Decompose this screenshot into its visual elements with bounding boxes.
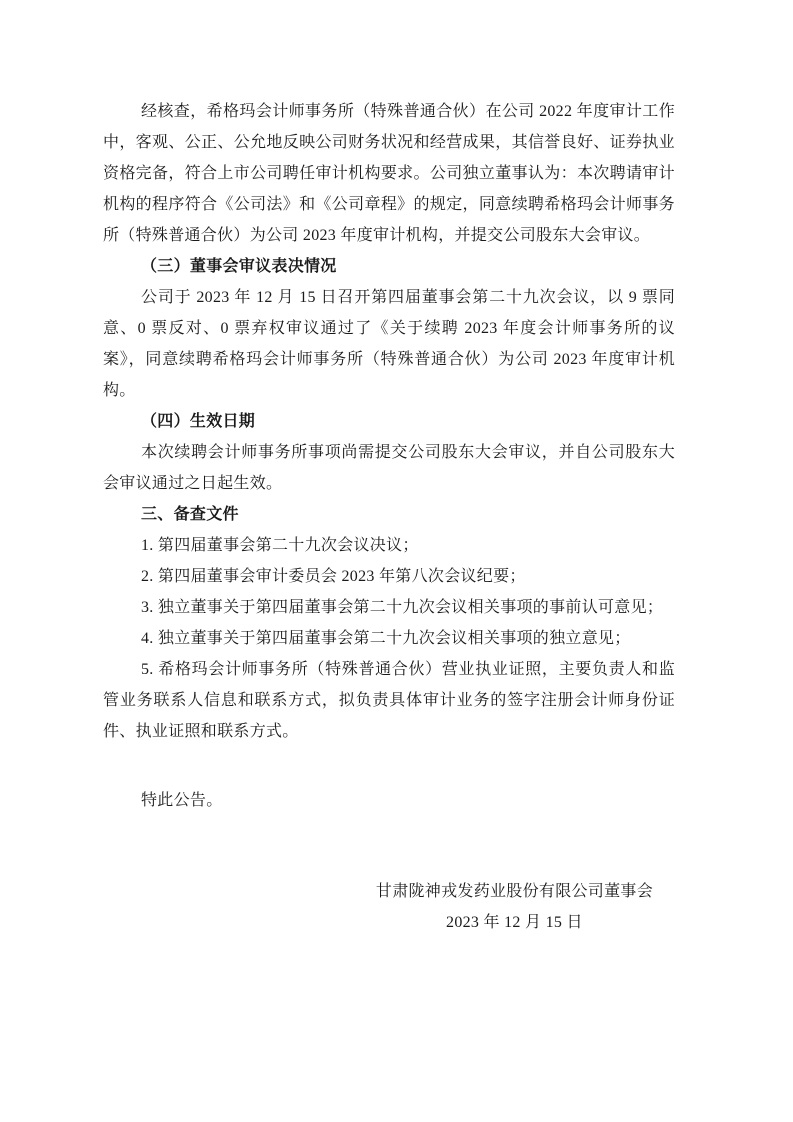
announcement-page: 经核查，希格玛会计师事务所（特殊普通合伙）在公司 2022 年度审计工作中，客观… bbox=[0, 0, 793, 1122]
reference-document-item-5: 5. 希格玛会计师事务所（特殊普通合伙）营业执业证照，主要负责人和监管业务联系人… bbox=[103, 654, 675, 747]
paragraph-audit-opinion: 经核查，希格玛会计师事务所（特殊普通合伙）在公司 2022 年度审计工作中，客观… bbox=[103, 96, 675, 251]
reference-document-item-2: 2. 第四届董事会审计委员会 2023 年第八次会议纪要； bbox=[103, 561, 675, 592]
section-heading-effective-date: （四）生效日期 bbox=[103, 406, 675, 437]
signature-block: 甘肃陇神戎发药业股份有限公司董事会 2023 年 12 月 15 日 bbox=[103, 876, 675, 938]
reference-document-item-3: 3. 独立董事关于第四届董事会第二十九次会议相关事项的事前认可意见； bbox=[103, 592, 675, 623]
reference-document-item-4: 4. 独立董事关于第四届董事会第二十九次会议相关事项的独立意见； bbox=[103, 623, 675, 654]
paragraph-board-vote: 公司于 2023 年 12 月 15 日召开第四届董事会第二十九次会议，以 9 … bbox=[103, 282, 675, 406]
signature-inner: 甘肃陇神戎发药业股份有限公司董事会 2023 年 12 月 15 日 bbox=[376, 876, 653, 938]
paragraph-effective-date: 本次续聘会计师事务所事项尚需提交公司股东大会审议，并自公司股东大会审议通过之日起… bbox=[103, 437, 675, 499]
signature-date: 2023 年 12 月 15 日 bbox=[376, 907, 653, 938]
closing-statement: 特此公告。 bbox=[103, 785, 675, 816]
section-heading-board-vote: （三）董事会审议表决情况 bbox=[103, 251, 675, 282]
document-body: 经核查，希格玛会计师事务所（特殊普通合伙）在公司 2022 年度审计工作中，客观… bbox=[103, 96, 675, 938]
section-heading-reference-documents: 三、备查文件 bbox=[103, 499, 675, 530]
signature-company: 甘肃陇神戎发药业股份有限公司董事会 bbox=[376, 876, 653, 907]
reference-document-item-1: 1. 第四届董事会第二十九次会议决议； bbox=[103, 530, 675, 561]
